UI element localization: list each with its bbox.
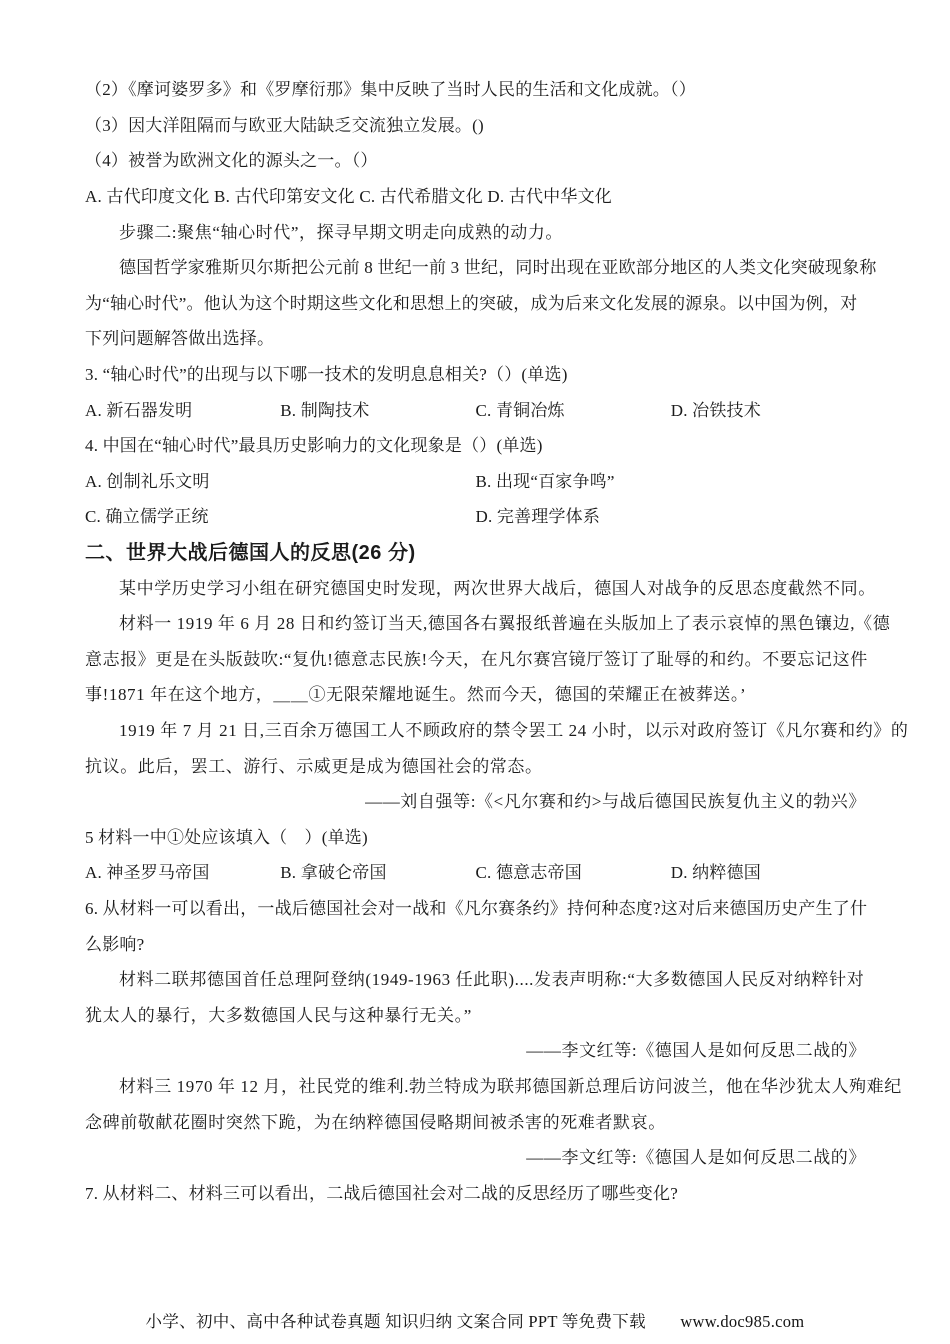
option-label: D. 纳粹德国 — [671, 858, 866, 883]
material-2-attribution: ——李文红等:《德国人是如何反思二战的》 — [85, 1031, 866, 1067]
section-two-intro: 某中学历史学习小组在研究德国史时发现，两次世界大战后，德国人对战争的反思态度截然… — [85, 568, 866, 604]
option-label: A. 新石器发明 — [85, 396, 280, 421]
question-5: 5 材料一中①处应该填入（ ）(单选) — [85, 817, 866, 853]
option-label: D. 完善理学体系 — [476, 502, 867, 527]
footer-site-link[interactable]: www.doc985.com — [680, 1312, 804, 1331]
question-4-options-row-2: C. 确立儒学正统D. 完善理学体系 — [85, 497, 866, 533]
axial-age-paragraph-line-3: 下列问题解答做出选择。 — [85, 319, 866, 355]
question-5-options: A. 神圣罗马帝国B. 拿破仑帝国C. 德意志帝国D. 纳粹德国 — [85, 853, 866, 889]
option-label: B. 拿破仑帝国 — [280, 858, 475, 883]
option-label: C. 确立儒学正统 — [85, 502, 476, 527]
option-label: C. 青铜冶炼 — [476, 396, 671, 421]
material-1-attribution: ——刘自强等:《<凡尔赛和约>与战后德国民族复仇主义的勃兴》 — [85, 782, 866, 818]
material-1-line-4: 1919 年 7 月 21 日,三百余万德国工人不顾政府的禁令罢工 24 小时，… — [85, 711, 866, 747]
material-3-attribution: ——李文红等:《德国人是如何反思二战的》 — [85, 1138, 866, 1174]
exam-paper-page: （2）《摩诃婆罗多》和《罗摩衍那》集中反映了当时人民的生活和文化成就。（）（3）… — [0, 0, 950, 1344]
option-label: B. 出现“百家争鸣” — [476, 467, 867, 492]
material-2-line-2: 犹太人的暴行，大多数德国人民与这种暴行无关。” — [85, 995, 866, 1031]
option-label: C. 德意志帝国 — [476, 858, 671, 883]
option-label: D. 冶铁技术 — [671, 396, 866, 421]
question-6-line-1: 6. 从材料一可以看出，一战后德国社会对一战和《凡尔赛条约》持何种态度?这对后来… — [85, 889, 866, 925]
statement-item-2: （2）《摩诃婆罗多》和《罗摩衍那》集中反映了当时人民的生活和文化成就。（） — [85, 70, 866, 106]
question-7: 7. 从材料二、材料三可以看出，二战后德国社会对二战的反思经历了哪些变化? — [85, 1173, 866, 1209]
option-label: B. 制陶技术 — [280, 396, 475, 421]
axial-age-paragraph-line-1: 德国哲学家雅斯贝尔斯把公元前 8 世纪一前 3 世纪，同时出现在亚欧部分地区的人… — [85, 248, 866, 284]
material-3-line-1: 材料三 1970 年 12 月，社民党的维利.勃兰特成为联邦德国新总理后访问波兰… — [85, 1067, 866, 1103]
footer-promo-text: 小学、初中、高中各种试卷真题 知识归纳 文案合同 PPT 等免费下载 — [146, 1312, 646, 1331]
step-two-line: 步骤二:聚焦“轴心时代”，探寻早期文明走向成熟的动力。 — [85, 212, 866, 248]
material-1-line-5: 抗议。此后，罢工、游行、示威更是成为德国社会的常态。 — [85, 746, 866, 782]
match-options-line: A. 古代印度文化 B. 古代印第安文化 C. 古代希腊文化 D. 古代中华文化 — [85, 177, 866, 213]
page-footer: 小学、初中、高中各种试卷真题 知识归纳 文案合同 PPT 等免费下载 www.d… — [0, 1308, 950, 1332]
section-two-heading: 二、世界大战后德国人的反思(26 分) — [85, 533, 866, 569]
material-3-line-2: 念碑前敬献花圈时突然下跪，为在纳粹德国侵略期间被杀害的死难者默哀。 — [85, 1102, 866, 1138]
statement-item-4: （4）被誉为欧洲文化的源头之一。（） — [85, 141, 866, 177]
statement-item-3: （3）因大洋阻隔而与欧亚大陆缺乏交流独立发展。() — [85, 106, 866, 142]
document-body: （2）《摩诃婆罗多》和《罗摩衍那》集中反映了当时人民的生活和文化成就。（）（3）… — [85, 70, 866, 1209]
material-1-line-1: 材料一 1919 年 6 月 28 日和约签订当天,德国各右翼报纸普遍在头版加上… — [85, 604, 866, 640]
material-1-line-2: 意志报》更是在头版鼓吹:“复仇!德意志民族!今天，在凡尔赛宫镜厅签订了耻辱的和约… — [85, 640, 866, 676]
question-3-options: A. 新石器发明B. 制陶技术C. 青铜冶炼D. 冶铁技术 — [85, 390, 866, 426]
material-2-line-1: 材料二联邦德国首任总理阿登纳(1949-1963 任此职)....发表声明称:“… — [85, 960, 866, 996]
question-4-options-row-1: A. 创制礼乐文明B. 出现“百家争鸣” — [85, 462, 866, 498]
material-1-line-3: 事!1871 年在这个地方，＿＿①无限荣耀地诞生。然而今天，德国的荣耀正在被葬送… — [85, 675, 866, 711]
option-label: A. 创制礼乐文明 — [85, 467, 476, 492]
question-3: 3. “轴心时代”的出现与以下哪一技术的发明息息相关?（）(单选) — [85, 355, 866, 391]
question-4: 4. 中国在“轴心时代”最具历史影响力的文化现象是（）(单选) — [85, 426, 866, 462]
question-6-line-2: 么影响? — [85, 924, 866, 960]
option-label: A. 神圣罗马帝国 — [85, 858, 280, 883]
axial-age-paragraph-line-2: 为“轴心时代”。他认为这个时期这些文化和思想上的突破，成为后来文化发展的源泉。以… — [85, 284, 866, 320]
